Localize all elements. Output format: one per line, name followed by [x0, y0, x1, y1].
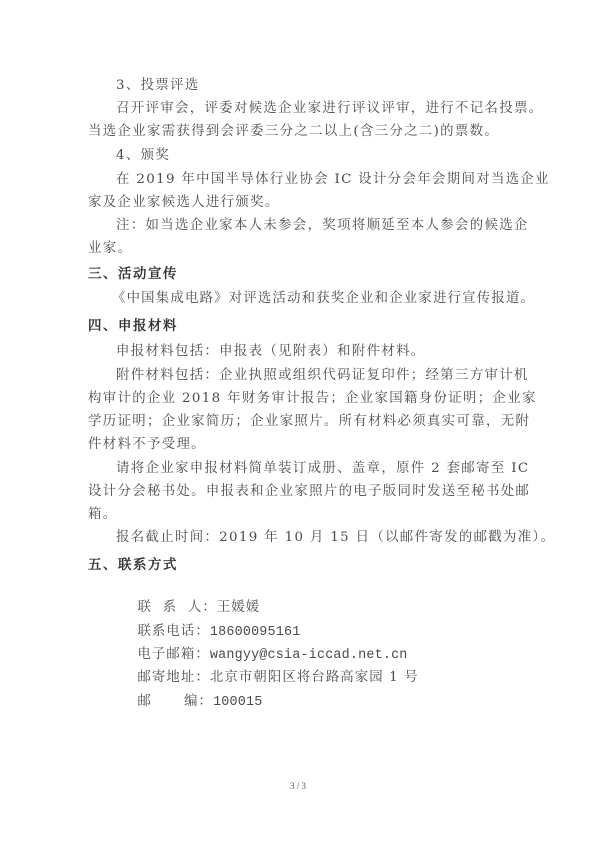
section4-para2-line-4: 件材料不予受理。 — [88, 436, 518, 454]
section4-para3-line-2: 设计分会秘书处。申报表和企业家照片的电子版同时发送至秘书处邮 — [88, 483, 518, 501]
section4-para2-line-2: 构审计的企业 2018 年财务审计报告；企业家国籍身份证明；企业家 — [88, 390, 518, 408]
section4-para3-line-1: 请将企业家申报材料简单装订成册、盖章，原件 2 套邮寄至 IC — [116, 460, 546, 478]
page-number: 3 / 3 — [0, 781, 596, 791]
section4-para3-line-3: 箱。 — [88, 506, 518, 524]
section4-para2-line-3: 学历证明；企业家简历；企业家照片。所有材料必须真实可靠，无附 — [88, 413, 518, 431]
section5-heading: 五、联系方式 — [88, 557, 518, 575]
section4-heading: 四、申报材料 — [88, 318, 518, 336]
item3-line-1: 召开评审会，评委对候选企业家进行评议评审，进行不记名投票。 — [116, 100, 546, 118]
contact-postcode-value: 100015 — [213, 695, 262, 710]
section4-para1-line-1: 申报材料包括：申报表（见附表）和附件材料。 — [116, 343, 546, 361]
item3-title: 3、投票评选 — [116, 77, 546, 95]
item4-title: 4、颁奖 — [116, 147, 546, 165]
contact-postcode-label: 邮 编： — [137, 694, 213, 709]
contact-postcode-row: 邮 编：100015 — [116, 675, 546, 730]
item4-note-line-2: 业家。 — [88, 240, 518, 258]
item4-note-line-1: 注：如当选企业家本人未参会，奖项将顺延至本人参会的候选企 — [116, 217, 546, 235]
section3-line-1: 《中国集成电路》对评选活动和获奖企业和企业家进行宣传报道。 — [112, 290, 542, 308]
item4-line-2: 家及企业家候选人进行颁奖。 — [88, 194, 518, 212]
section4-para2-line-1: 附件材料包括：企业执照或组织代码证复印件；经第三方审计机 — [116, 367, 546, 385]
item3-line-2: 当选企业家需获得到会评委三分之二以上(含三分之二)的票数。 — [88, 123, 518, 141]
section4-deadline: 报名截止时间：2019 年 10 月 15 日（以邮件寄发的邮戳为准）。 — [116, 529, 546, 547]
document-page: 3、投票评选 召开评审会，评委对候选企业家进行评议评审，进行不记名投票。 当选企… — [0, 0, 596, 842]
item4-line-1: 在 2019 年中国半导体行业协会 IC 设计分会年会期间对当选企业 — [116, 171, 546, 189]
section3-heading: 三、活动宣传 — [88, 266, 518, 284]
